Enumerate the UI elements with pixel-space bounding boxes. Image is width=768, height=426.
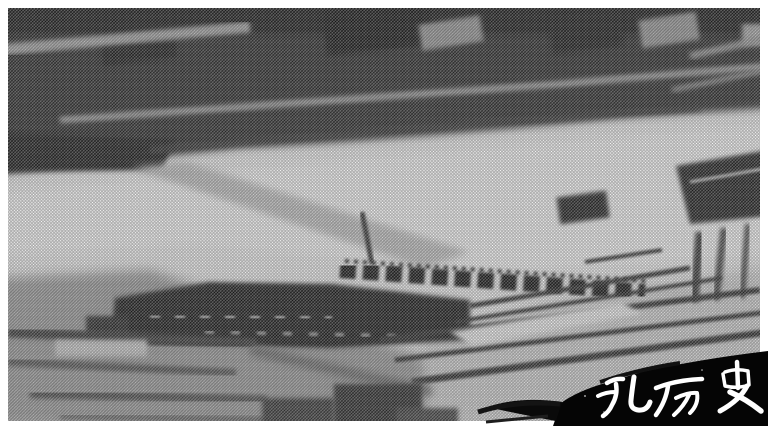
screenshot-root: 乱历史: [0, 0, 768, 426]
photo-scene: [0, 0, 768, 426]
halftone-photo: [0, 0, 768, 426]
